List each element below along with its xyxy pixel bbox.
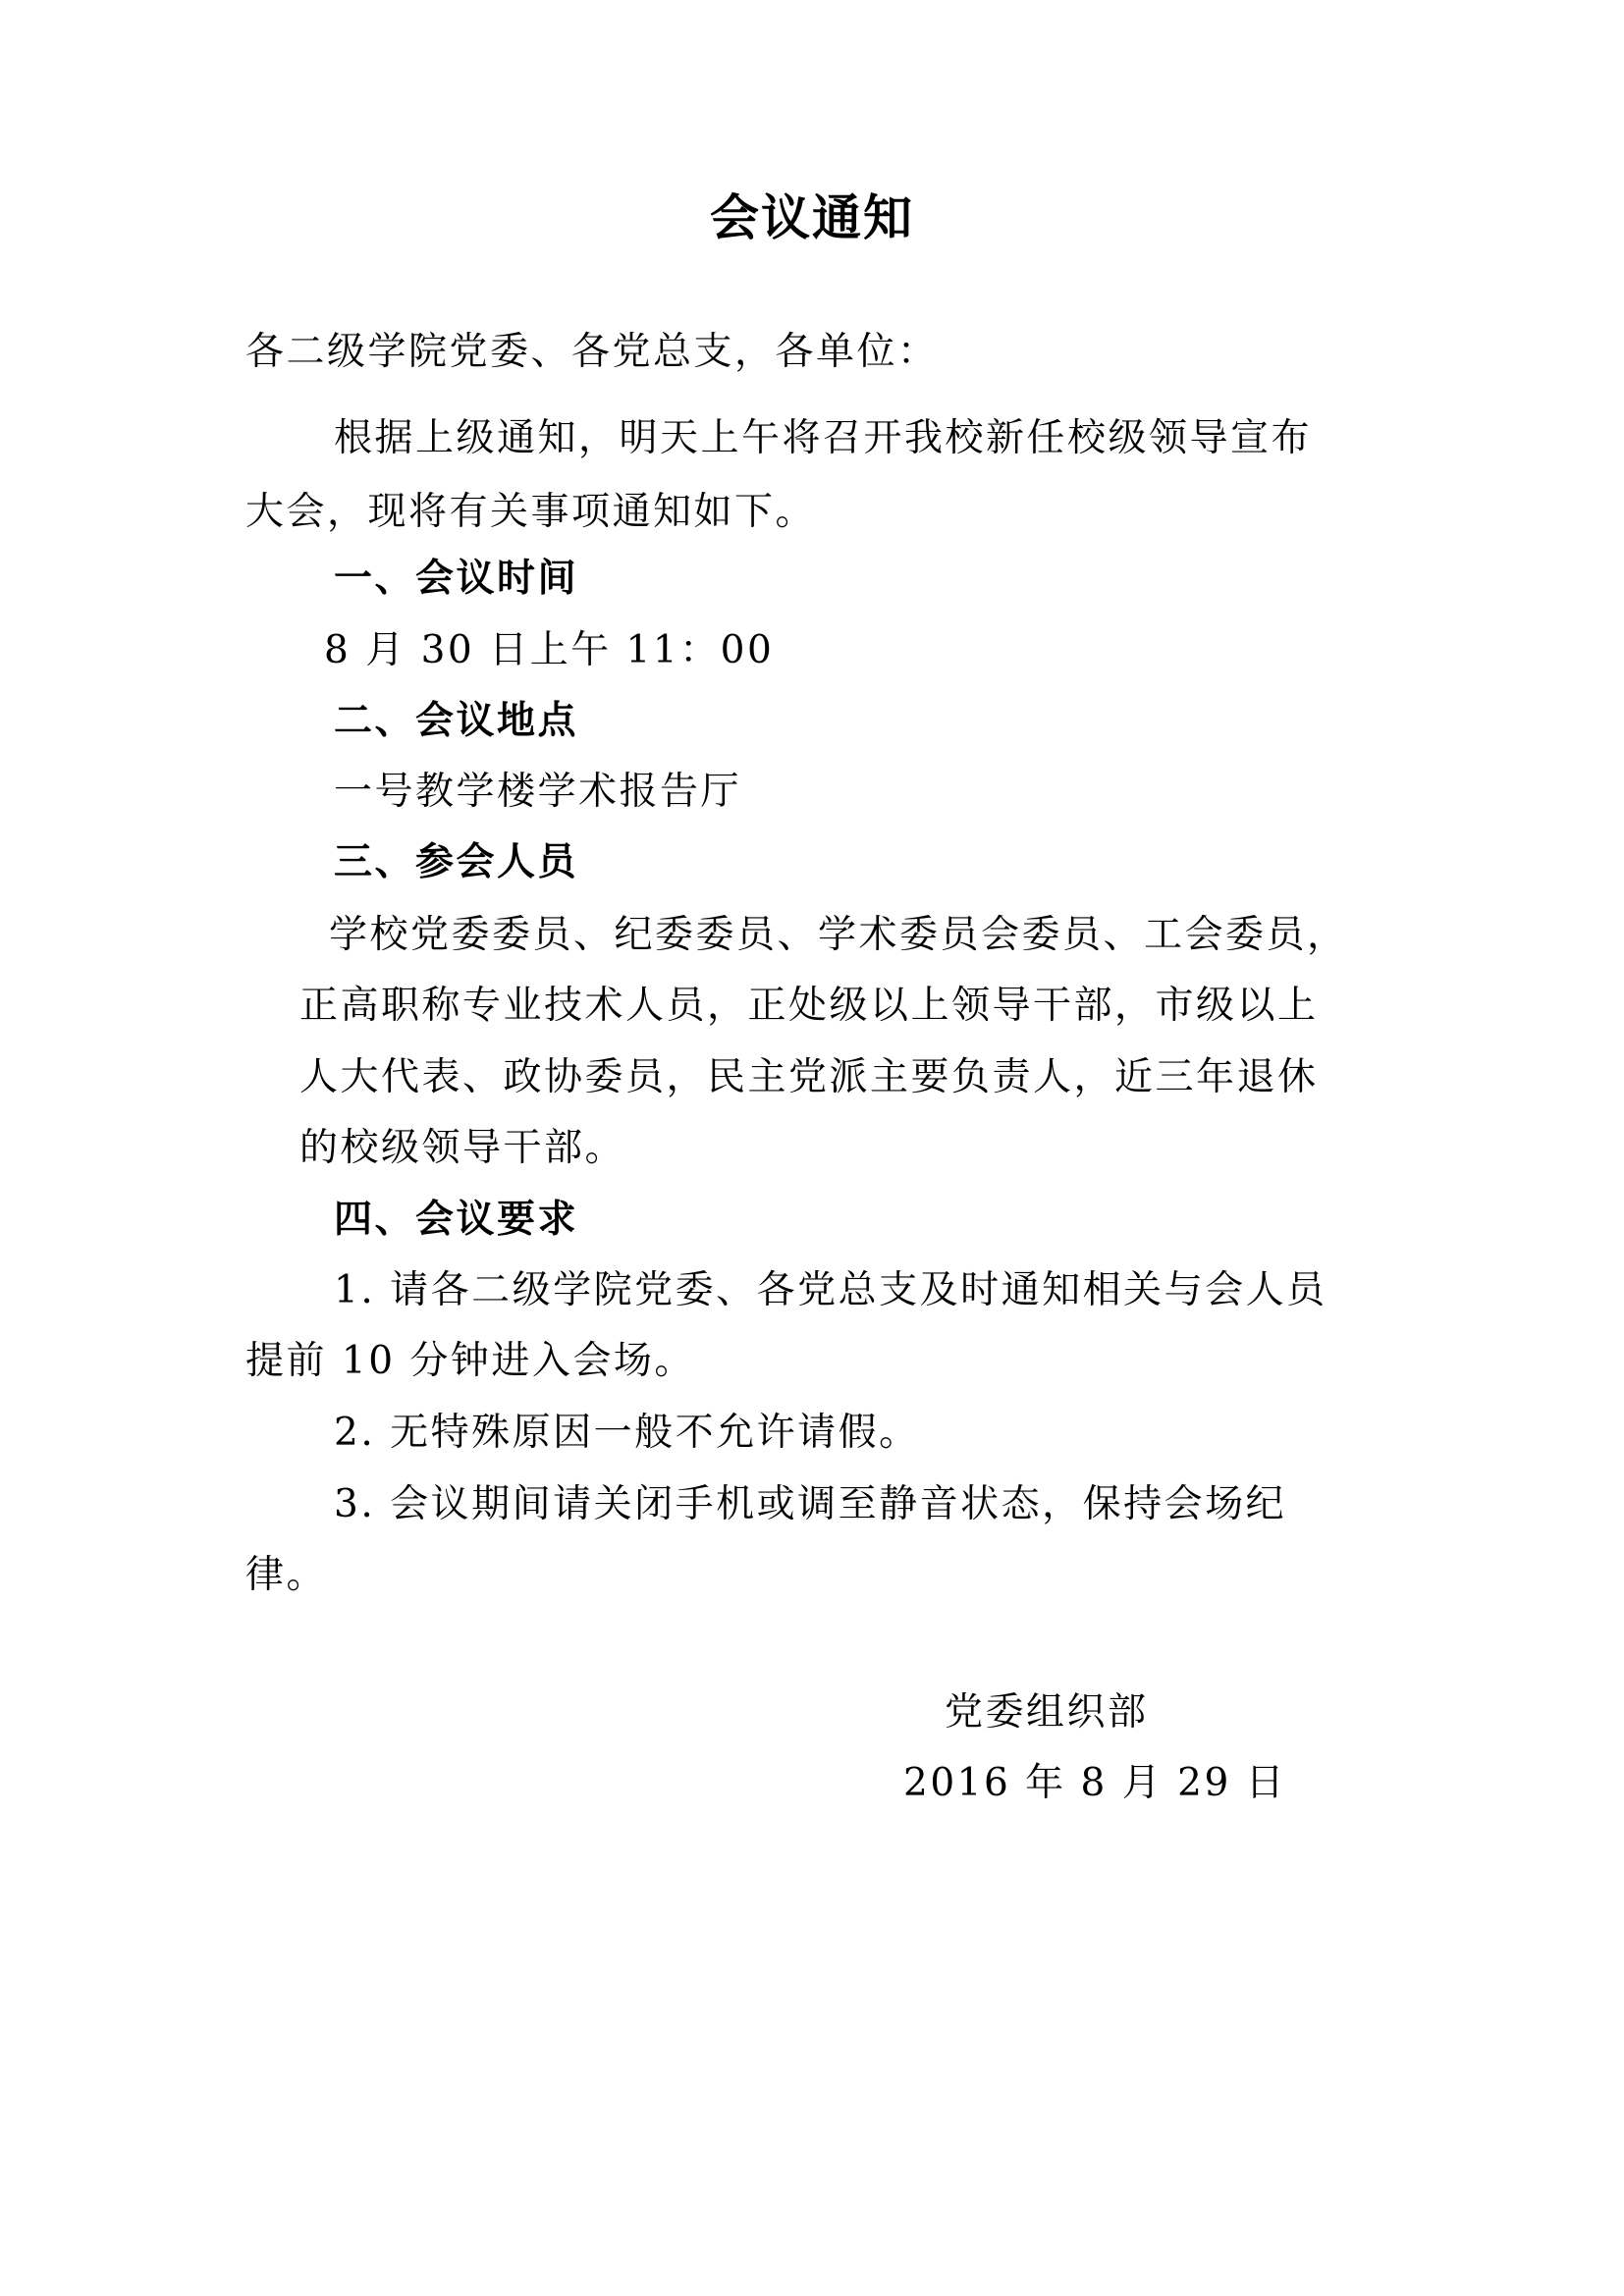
requirement-3-line-2: 律。 (245, 1551, 327, 1600)
attendees-line-4: 的校级领导干部。 (299, 1124, 625, 1173)
requirement-3-line-1: 3. 会议期间请关闭手机或调至静音状态，保持会场纪 (334, 1480, 1286, 1529)
signature-organization: 党委组织部 (945, 1688, 1149, 1737)
salutation: 各二级学院党委、各党总支，各单位： (245, 328, 939, 377)
requirement-1-line-2: 提前 10 分钟进入会场。 (245, 1337, 695, 1386)
attendees-line-2: 正高职称专业技术人员，正处级以上领导干部，市级以上 (299, 982, 1319, 1031)
signature-date: 2016 年 8 月 29 日 (903, 1759, 1286, 1808)
requirement-1-line-1: 1. 请各二级学院党委、各党总支及时通知相关与会人员 (334, 1266, 1327, 1315)
document-title: 会议通知 (0, 188, 1624, 247)
section-heading-requirements: 四、会议要求 (334, 1196, 578, 1245)
attendees-line-1: 学校党委委员、纪委委员、学术委员会委员、工会委员， (329, 911, 1348, 960)
section-heading-time: 一、会议时间 (334, 555, 578, 604)
intro-line-1: 根据上级通知，明天上午将召开我校新任校级领导宣布 (334, 414, 1312, 463)
attendees-line-3: 人大代表、政协委员，民主党派主要负责人，近三年退休 (299, 1053, 1319, 1102)
requirement-2: 2. 无特殊原因一般不允许请假。 (334, 1409, 920, 1458)
intro-line-2: 大会，现将有关事项通知如下。 (245, 488, 816, 537)
section-heading-location: 二、会议地点 (334, 697, 578, 746)
section-heading-attendees: 三、参会人员 (334, 838, 578, 887)
document-page: 会议通知 各二级学院党委、各党总支，各单位： 根据上级通知，明天上午将召开我校新… (0, 0, 1624, 2296)
meeting-time: 8 月 30 日上午 11：00 (324, 626, 774, 675)
meeting-location: 一号教学楼学术报告厅 (334, 768, 741, 817)
